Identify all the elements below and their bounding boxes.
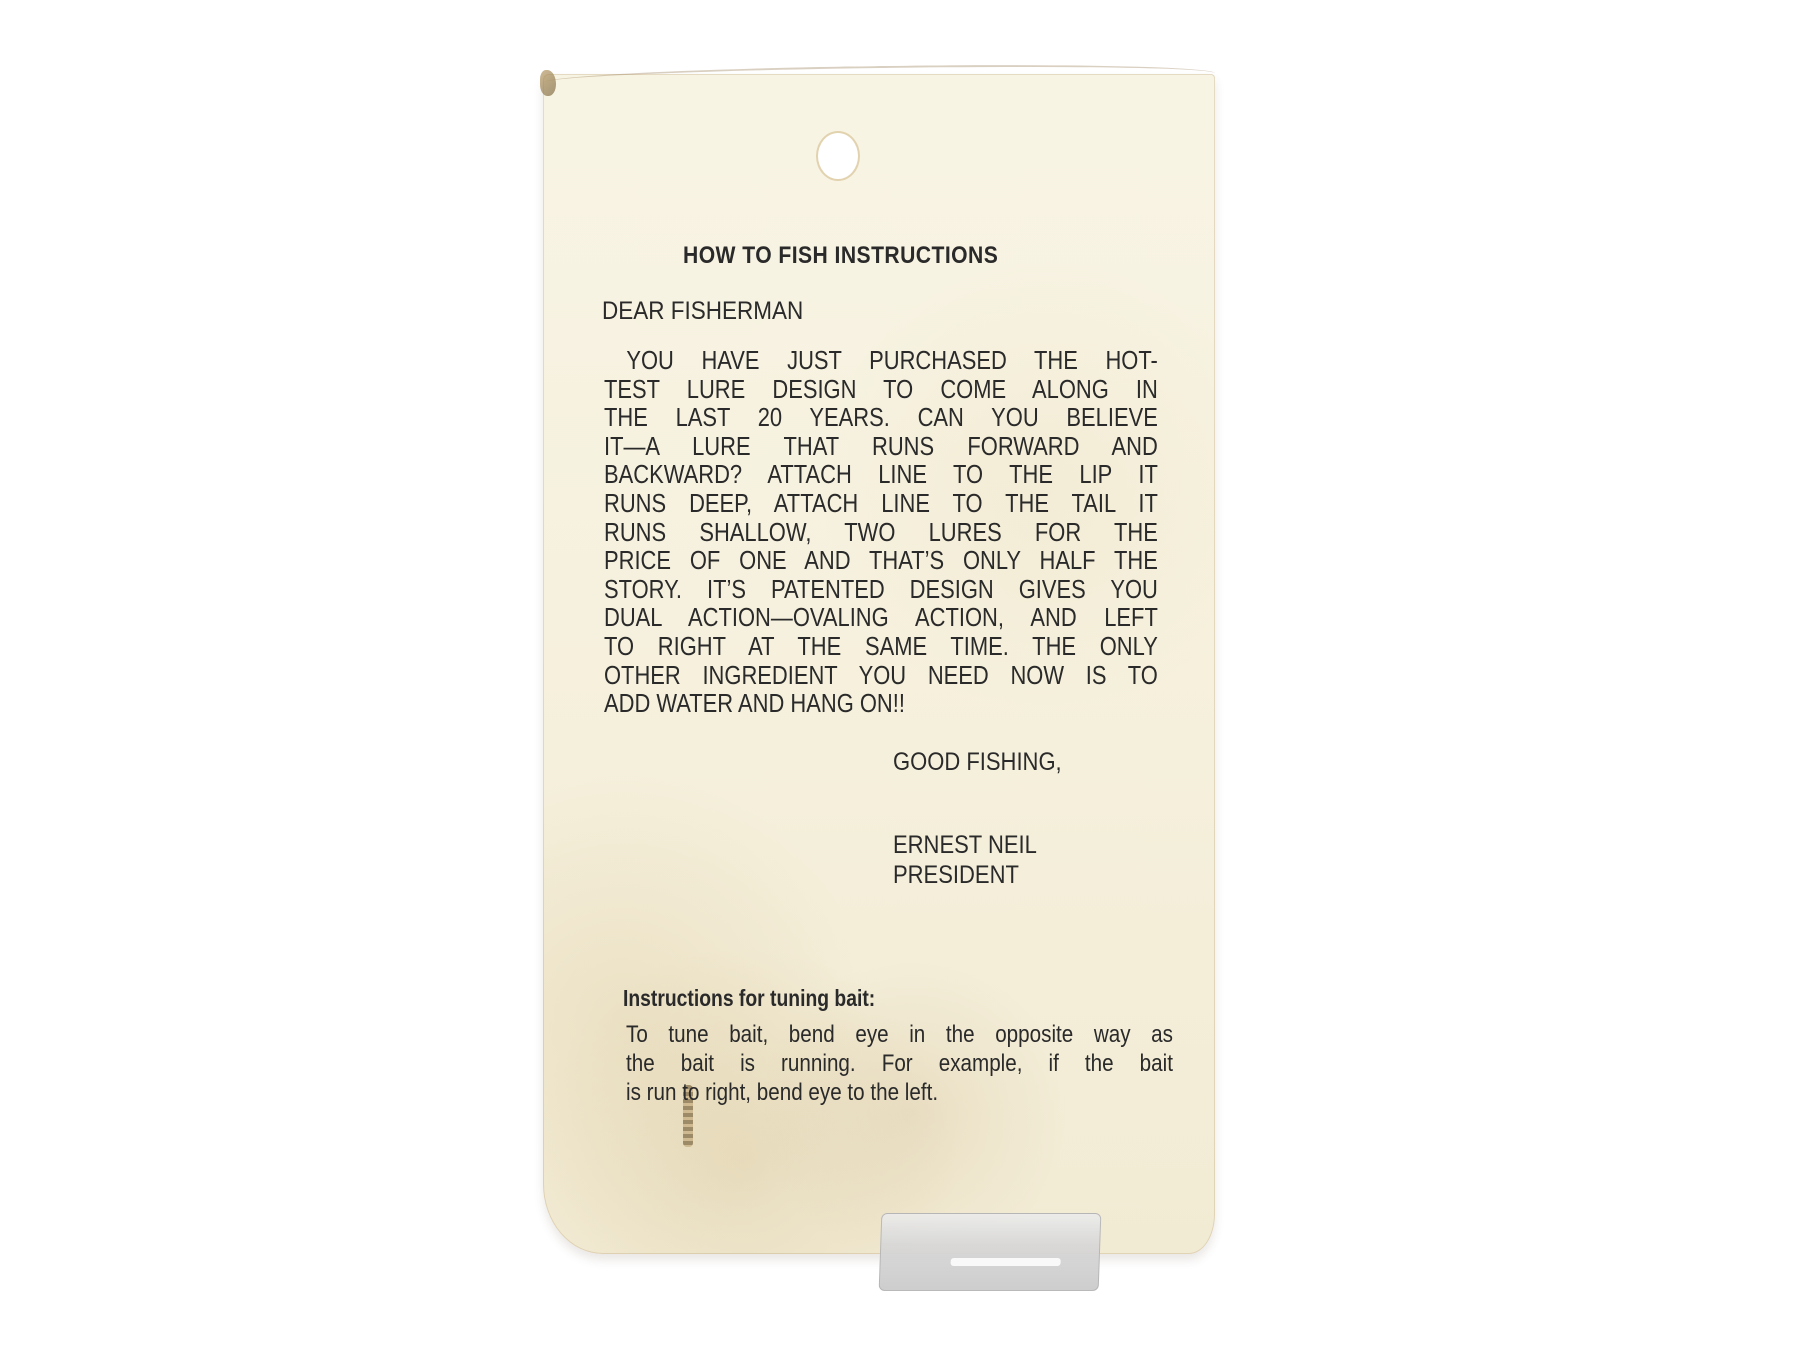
- clear-display-stand: [879, 1213, 1102, 1291]
- tuning-line: To tune bait, bend eye in the opposite w…: [626, 1020, 1173, 1049]
- body-line: DUAL ACTION—OVALING ACTION, AND LEFT: [604, 604, 1158, 633]
- body-line: OTHER INGREDIENT YOU NEED NOW IS TO: [604, 662, 1158, 691]
- body-line: BACKWARD? ATTACH LINE TO THE LIP IT: [604, 461, 1158, 490]
- body-line: TEST LURE DESIGN TO COME ALONG IN: [604, 376, 1158, 405]
- signer-title: PRESIDENT: [893, 861, 1019, 889]
- photo-scene: HOW TO FISH INSTRUCTIONS DEAR FISHERMAN …: [0, 0, 1800, 1350]
- body-line: PRICE OF ONE AND THAT’S ONLY HALF THE: [604, 547, 1158, 576]
- signer-name: ERNEST NEIL: [893, 831, 1037, 859]
- hang-hole: [818, 133, 858, 179]
- body-line: THE LAST 20 YEARS. CAN YOU BELIEVE: [604, 404, 1158, 433]
- tuning-heading: Instructions for tuning bait:: [623, 985, 875, 1012]
- letter-body: YOU HAVE JUST PURCHASED THE HOT- TEST LU…: [604, 347, 1164, 719]
- signature-block: ERNEST NEIL PRESIDENT: [893, 830, 1037, 890]
- card-title: HOW TO FISH INSTRUCTIONS: [683, 242, 998, 270]
- body-line: STORY. IT’S PATENTED DESIGN GIVES YOU: [604, 576, 1158, 605]
- body-line: ADD WATER AND HANG ON!!: [604, 690, 1158, 719]
- body-line: YOU HAVE JUST PURCHASED THE HOT-: [604, 347, 1158, 376]
- body-line: RUNS SHALLOW, TWO LURES FOR THE: [604, 519, 1158, 548]
- tuning-instructions: To tune bait, bend eye in the opposite w…: [626, 1020, 1262, 1107]
- body-line: RUNS DEEP, ATTACH LINE TO THE TAIL IT: [604, 490, 1158, 519]
- corner-tear-mark: [540, 70, 556, 96]
- body-line: TO RIGHT AT THE SAME TIME. THE ONLY: [604, 633, 1158, 662]
- tuning-line: the bait is running. For example, if the…: [626, 1049, 1173, 1078]
- body-line: IT—A LURE THAT RUNS FORWARD AND: [604, 433, 1158, 462]
- tuning-line: is run to right, bend eye to the left.: [626, 1078, 1173, 1107]
- salutation: DEAR FISHERMAN: [602, 297, 803, 326]
- closing-line: GOOD FISHING,: [893, 748, 1062, 777]
